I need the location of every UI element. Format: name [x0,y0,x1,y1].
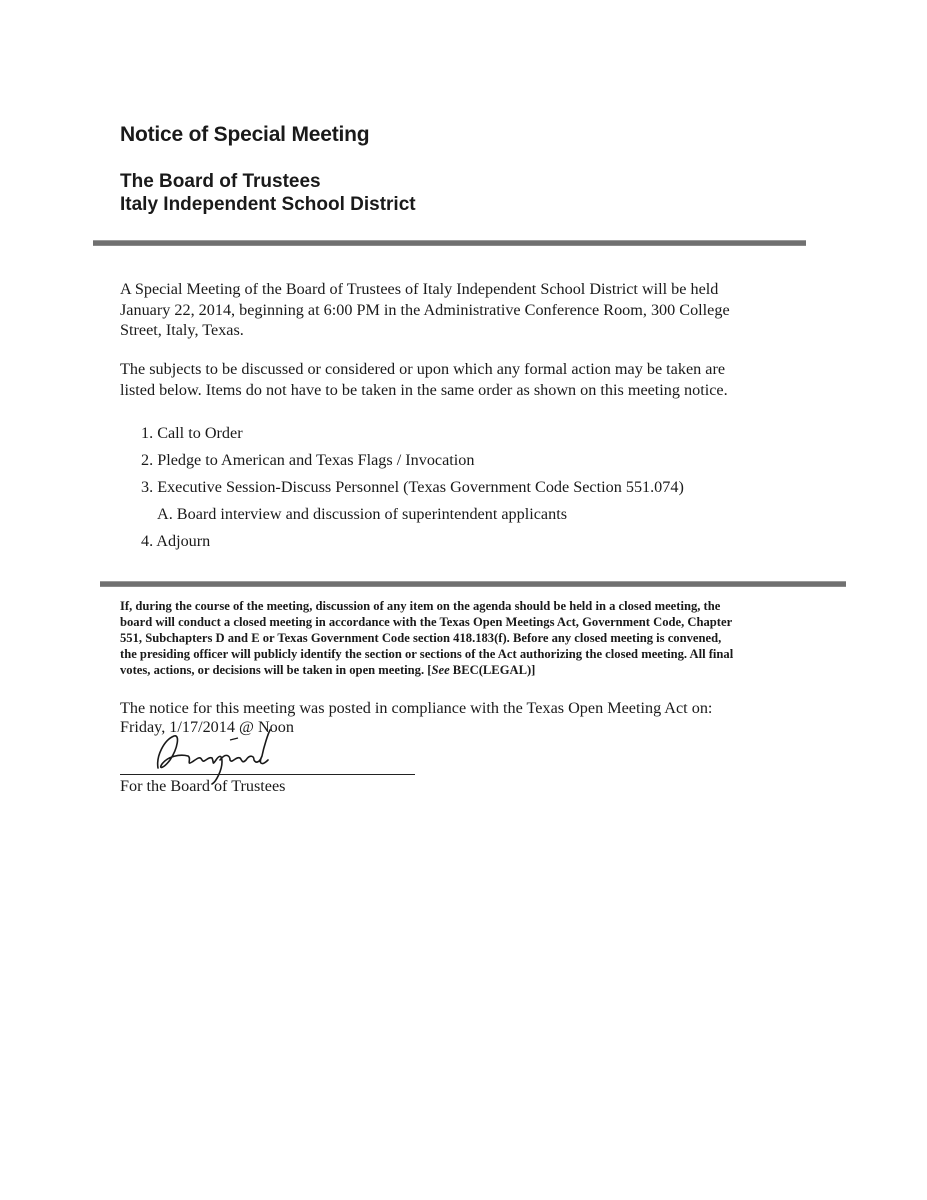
legal-text: votes, actions, or decisions will be tak… [120,663,431,677]
agenda-text: Pledge to American and Texas Flags / Inv… [157,451,474,469]
legal-notice: If, during the course of the meeting, di… [120,598,860,678]
header-divider [93,240,806,246]
agenda-text: Executive Session-Discuss Personnel (Tex… [157,478,684,496]
legal-text: BEC(LEGAL)] [450,663,536,677]
agenda-item: 3. Executive Session-Discuss Personnel (… [141,478,684,497]
signature-line [120,774,415,775]
agenda-item: 1. Call to Order [141,424,243,443]
agenda-number: 2. [141,451,153,469]
subjects-line: The subjects to be discussed or consider… [120,359,820,380]
legal-see-italic: See [431,663,449,677]
legal-divider [100,581,846,587]
agenda-text: Call to Order [157,424,242,442]
legal-line: votes, actions, or decisions will be tak… [120,662,860,678]
subjects-line: listed below. Items do not have to be ta… [120,380,820,401]
meeting-intro-paragraph: A Special Meeting of the Board of Truste… [120,279,820,341]
agenda-item: 4. Adjourn [141,532,210,551]
district-name: Italy Independent School District [120,194,416,216]
agenda-text: Adjourn [156,532,210,550]
intro-line: A Special Meeting of the Board of Truste… [120,279,820,300]
agenda-number: 3. [141,478,153,496]
document-title: Notice of Special Meeting [120,123,369,147]
legal-line: 551, Subchapters D and E or Texas Govern… [120,630,860,646]
agenda-text: Board interview and discussion of superi… [177,505,567,523]
agenda-number: 1. [141,424,153,442]
agenda-number: 4. [141,532,153,550]
subjects-paragraph: The subjects to be discussed or consider… [120,359,820,400]
legal-line: board will conduct a closed meeting in a… [120,614,860,630]
agenda-number: A. [157,505,173,523]
signature-label: For the Board of Trustees [120,777,285,796]
agenda-item: 2. Pledge to American and Texas Flags / … [141,451,475,470]
intro-line: Street, Italy, Texas. [120,320,820,341]
legal-line: the presiding officer will publicly iden… [120,646,860,662]
board-name: The Board of Trustees [120,171,321,193]
legal-line: If, during the course of the meeting, di… [120,598,860,614]
posting-statement: The notice for this meeting was posted i… [120,698,820,719]
agenda-subitem: A. Board interview and discussion of sup… [157,505,567,524]
intro-line: January 22, 2014, beginning at 6:00 PM i… [120,300,820,321]
